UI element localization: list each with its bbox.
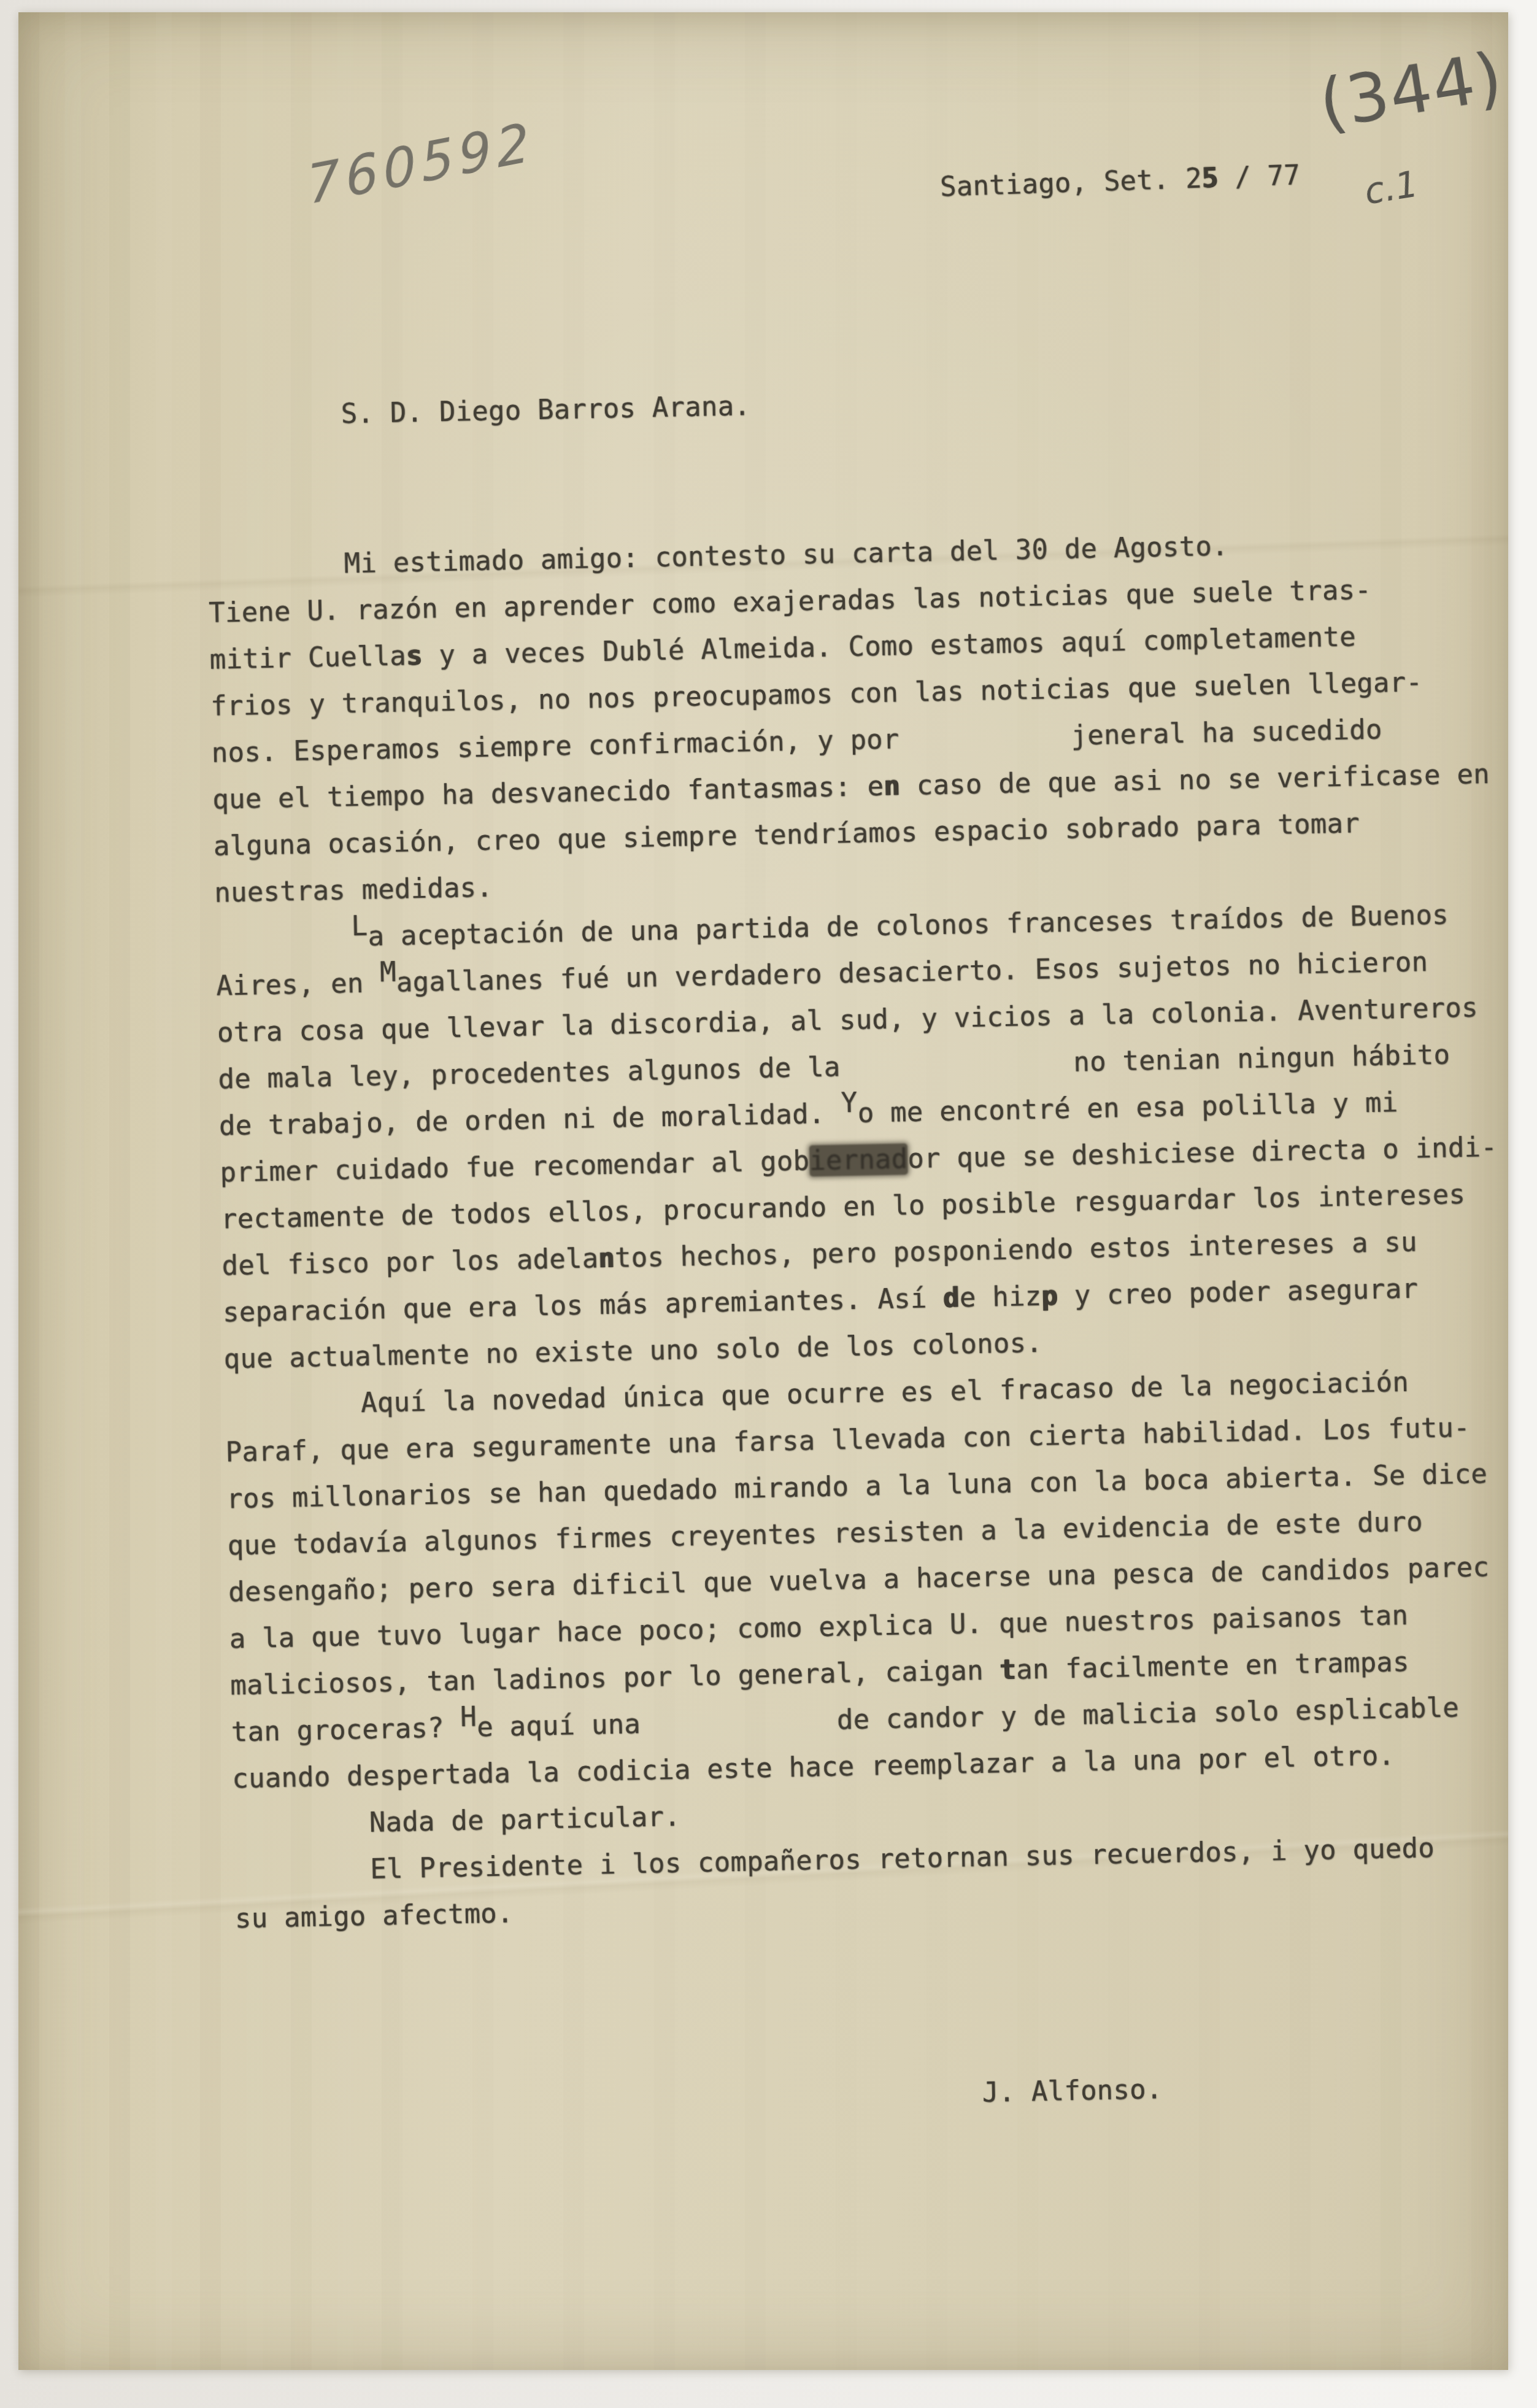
scanned-letter-page: { "palette":{"paper":"#d8cfb3","scan_bac…	[0, 0, 1537, 2408]
typed-text: su amigo afectmo.	[234, 1897, 514, 1934]
recipient-line: S. D. Diego Barros Arana.	[204, 368, 1518, 441]
typed-text: e aquí una	[477, 1708, 641, 1743]
typed-text: o me encontré en esa polilla y mi	[857, 1087, 1398, 1129]
typed-text: separación que era los más apremiantes. …	[223, 1283, 944, 1329]
typed-text: y creo poder asegurar	[1058, 1273, 1419, 1312]
typed-text: que actualmente no existe uno solo de lo…	[223, 1327, 1042, 1375]
typed-text: nos. Esperamos siempre confirmación, y p…	[211, 724, 899, 768]
typed-text: or que se deshiciese directa o indi-	[907, 1132, 1498, 1175]
typed-text: de mala ley, procedentes algunos de la	[218, 1051, 841, 1095]
typed-blank-gap	[641, 1729, 837, 1733]
typed-text: n	[598, 1243, 615, 1275]
typed-text: Santiago, Set. 2	[939, 163, 1203, 203]
typed-text: an facilmente en trampas	[1016, 1646, 1409, 1686]
typed-text: nuestras medidas.	[214, 872, 493, 909]
struck-out-word: iernad	[809, 1143, 908, 1176]
typed-text: maliciosos, tan ladinos por lo general, …	[230, 1654, 1000, 1701]
typed-text: / 77	[1218, 160, 1301, 193]
typed-text: M	[379, 957, 396, 989]
typed-text: no tenian ningun hábito	[1073, 1039, 1450, 1078]
letter-text: Mi estimado amigo: contesto su carta del…	[207, 517, 1537, 1942]
typed-text: L	[351, 911, 368, 943]
copy-mark-annotation: c.1	[1362, 163, 1421, 213]
typed-text: de candor y de malicia solo esplicable	[836, 1692, 1459, 1735]
typed-blank-gap	[899, 744, 1071, 749]
typed-text: jeneral ha sucedido	[1071, 714, 1382, 752]
typed-text: de trabajo, de orden ni de moralidad.	[218, 1098, 841, 1141]
typed-text: 5	[1201, 163, 1219, 195]
typed-text: d	[943, 1283, 960, 1314]
typed-text: H	[460, 1702, 477, 1734]
typed-text: mitir Cuella	[209, 640, 406, 675]
typed-text: Nada de particular.	[369, 1801, 680, 1839]
typed-text: caso de que asi no se verificase en	[900, 758, 1490, 801]
typed-text: e hiz	[959, 1281, 1041, 1314]
typed-text: Y	[841, 1087, 858, 1119]
typed-text: Aires, en	[216, 967, 380, 1001]
typed-text: p	[1041, 1280, 1058, 1312]
typed-blank-gap	[841, 1071, 1074, 1076]
typed-text: s	[406, 640, 423, 672]
typed-text: que el tiempo ha desvanecido fantasmas: …	[212, 771, 884, 816]
letter-body: S. D. Diego Barros Arana. Mi estimado am…	[202, 274, 1537, 2178]
typed-text: tan groceras?	[231, 1712, 461, 1748]
signature-line: J. Alfonso.	[982, 2058, 1537, 2117]
typed-text: primer cuidado fue recomendar al gob	[220, 1145, 810, 1188]
typed-text: t	[1000, 1654, 1017, 1686]
typed-text: n	[884, 770, 901, 802]
typed-text: tos hechos, pero posponiendo estos inter…	[615, 1227, 1418, 1274]
typed-text: del fisco por los adela	[221, 1243, 599, 1281]
